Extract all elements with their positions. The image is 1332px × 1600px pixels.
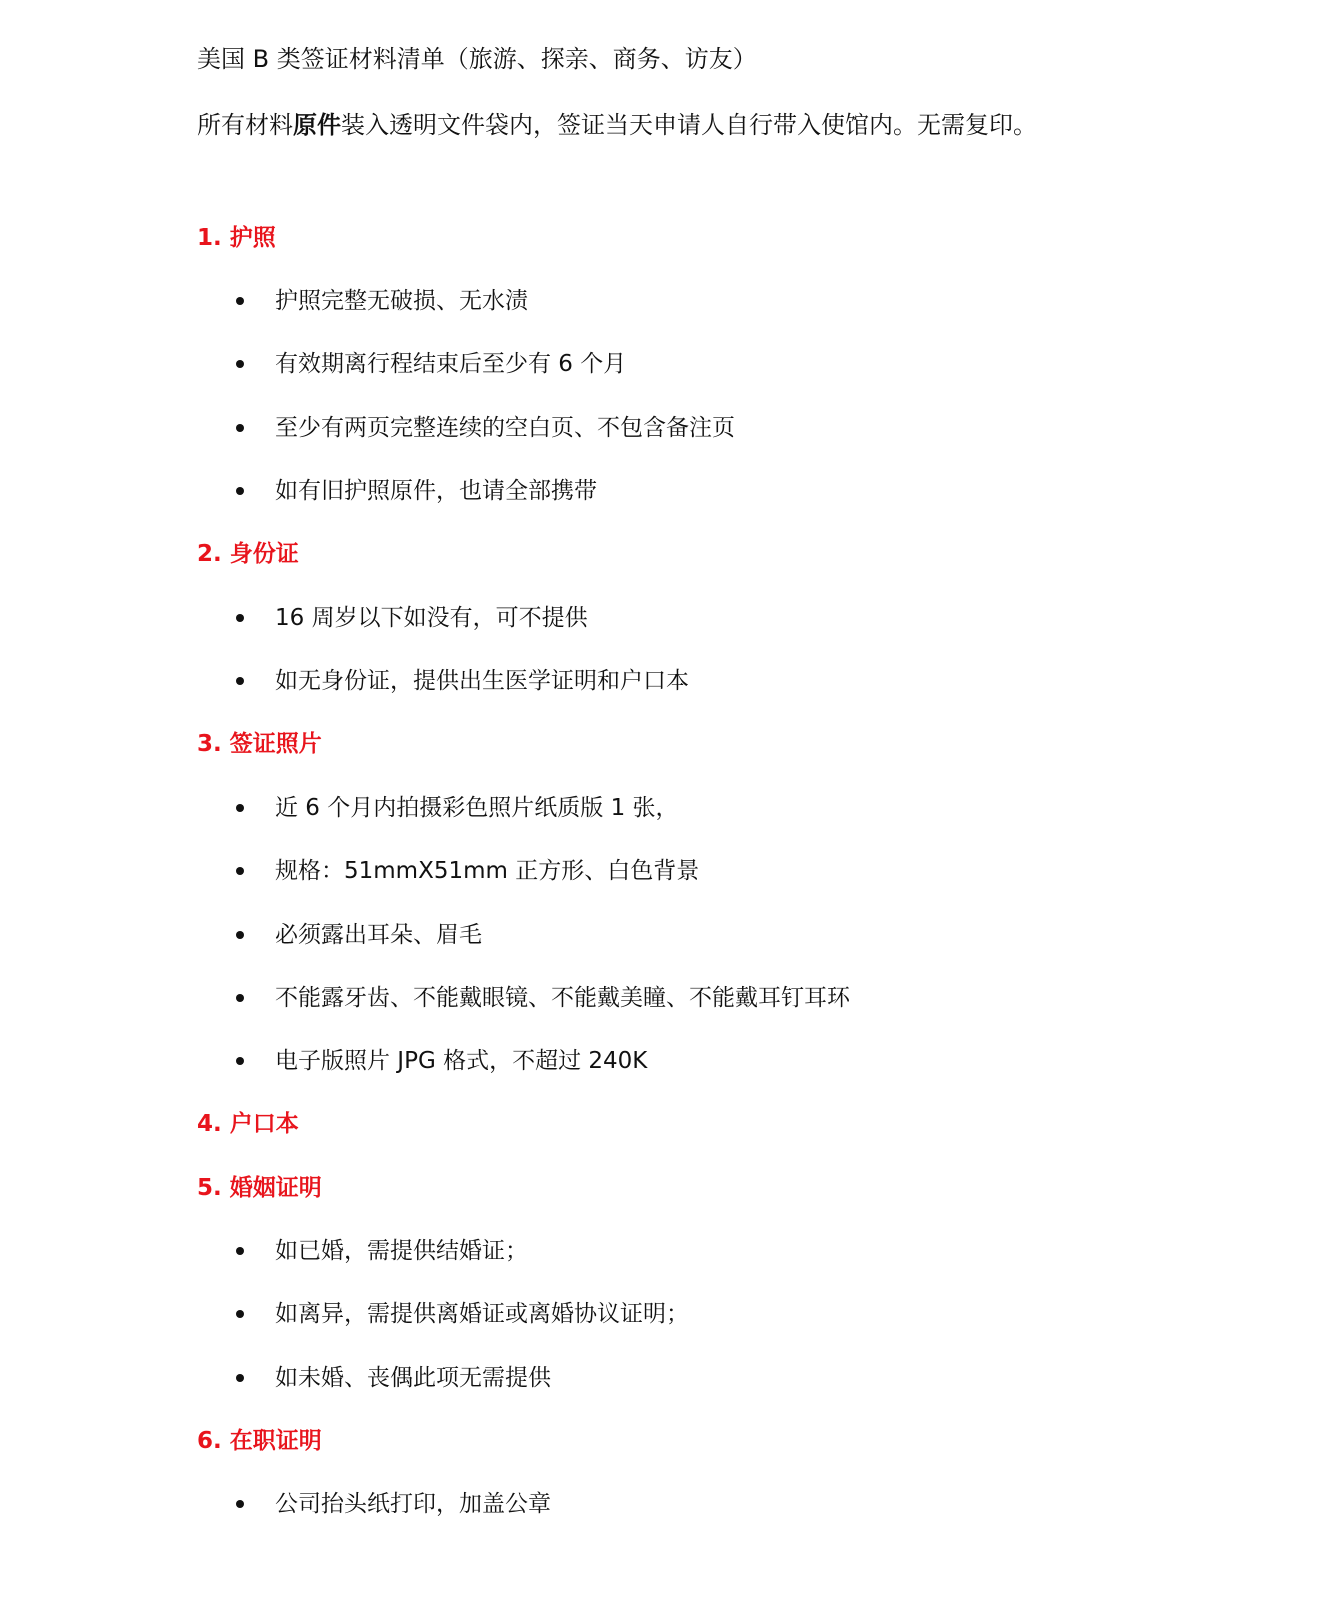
list-item-text: 有效期离行程结束后至少有 6 个月 [275,347,626,381]
list-item: 必须露出耳朵、眉毛 [236,918,482,952]
bullet-icon [236,1310,244,1318]
bullet-icon [236,1500,244,1508]
list-item: 至少有两页完整连续的空白页、不包含备注页 [236,411,735,445]
list-item-text: 公司抬头纸打印，加盖公章 [275,1487,551,1521]
section-heading-id-card: 2. 身份证 [197,537,299,571]
list-item-text: 近 6 个月内拍摄彩色照片纸质版 1 张， [275,791,679,825]
section-heading-household-register: 4. 户口本 [197,1107,299,1141]
bullet-icon [236,994,244,1002]
list-item-text: 规格：51mmX51mm 正方形、白色背景 [275,854,699,888]
bullet-icon [236,804,244,812]
list-item-text: 如未婚、丧偶此项无需提供 [275,1361,551,1395]
bullet-icon [236,1057,244,1065]
list-item-text: 如已婚，需提供结婚证； [275,1234,528,1268]
list-item-text: 如无身份证，提供出生医学证明和户口本 [275,664,689,698]
list-item: 如有旧护照原件，也请全部携带 [236,474,597,508]
bullet-icon [236,487,244,495]
list-item-text: 如有旧护照原件，也请全部携带 [275,474,597,508]
list-item-text: 电子版照片 JPG 格式，不超过 240K [275,1044,647,1078]
list-item: 护照完整无破损、无水渍 [236,284,528,318]
list-item: 如离异，需提供离婚证或离婚协议证明； [236,1297,689,1331]
list-item: 近 6 个月内拍摄彩色照片纸质版 1 张， [236,791,679,825]
bullet-icon [236,867,244,875]
bullet-icon [236,1374,244,1382]
list-item: 公司抬头纸打印，加盖公章 [236,1487,551,1521]
document-title: 美国 B 类签证材料清单（旅游、探亲、商务、访友） [197,41,757,77]
list-item: 如未婚、丧偶此项无需提供 [236,1361,551,1395]
bullet-icon [236,424,244,432]
bullet-icon [236,931,244,939]
intro-text-bold: 原件 [293,111,341,139]
list-item-text: 护照完整无破损、无水渍 [275,284,528,318]
list-item-text: 不能露牙齿、不能戴眼镜、不能戴美瞳、不能戴耳钉耳环 [275,981,850,1015]
bullet-icon [236,297,244,305]
document-page: 美国 B 类签证材料清单（旅游、探亲、商务、访友） 所有材料原件装入透明文件袋内… [0,0,1332,1600]
bullet-icon [236,614,244,622]
bullet-icon [236,360,244,368]
section-heading-employment-certificate: 6. 在职证明 [197,1424,322,1458]
list-item: 如已婚，需提供结婚证； [236,1234,528,1268]
intro-text-before: 所有材料 [197,111,293,139]
list-item: 有效期离行程结束后至少有 6 个月 [236,347,626,381]
section-heading-passport: 1. 护照 [197,221,276,255]
list-item-text: 如离异，需提供离婚证或离婚协议证明； [275,1297,689,1331]
section-heading-visa-photo: 3. 签证照片 [197,727,322,761]
list-item: 不能露牙齿、不能戴眼镜、不能戴美瞳、不能戴耳钉耳环 [236,981,850,1015]
list-item: 16 周岁以下如没有，可不提供 [236,601,588,635]
bullet-icon [236,677,244,685]
list-item: 电子版照片 JPG 格式，不超过 240K [236,1044,647,1078]
list-item: 如无身份证，提供出生医学证明和户口本 [236,664,689,698]
section-heading-marriage-certificate: 5. 婚姻证明 [197,1171,322,1205]
list-item-text: 至少有两页完整连续的空白页、不包含备注页 [275,411,735,445]
intro-text-after: 装入透明文件袋内，签证当天申请人自行带入使馆内。无需复印。 [341,111,1037,139]
list-item: 规格：51mmX51mm 正方形、白色背景 [236,854,699,888]
list-item-text: 16 周岁以下如没有，可不提供 [275,601,588,635]
document-intro: 所有材料原件装入透明文件袋内，签证当天申请人自行带入使馆内。无需复印。 [197,107,1037,143]
bullet-icon [236,1247,244,1255]
list-item-text: 必须露出耳朵、眉毛 [275,918,482,952]
